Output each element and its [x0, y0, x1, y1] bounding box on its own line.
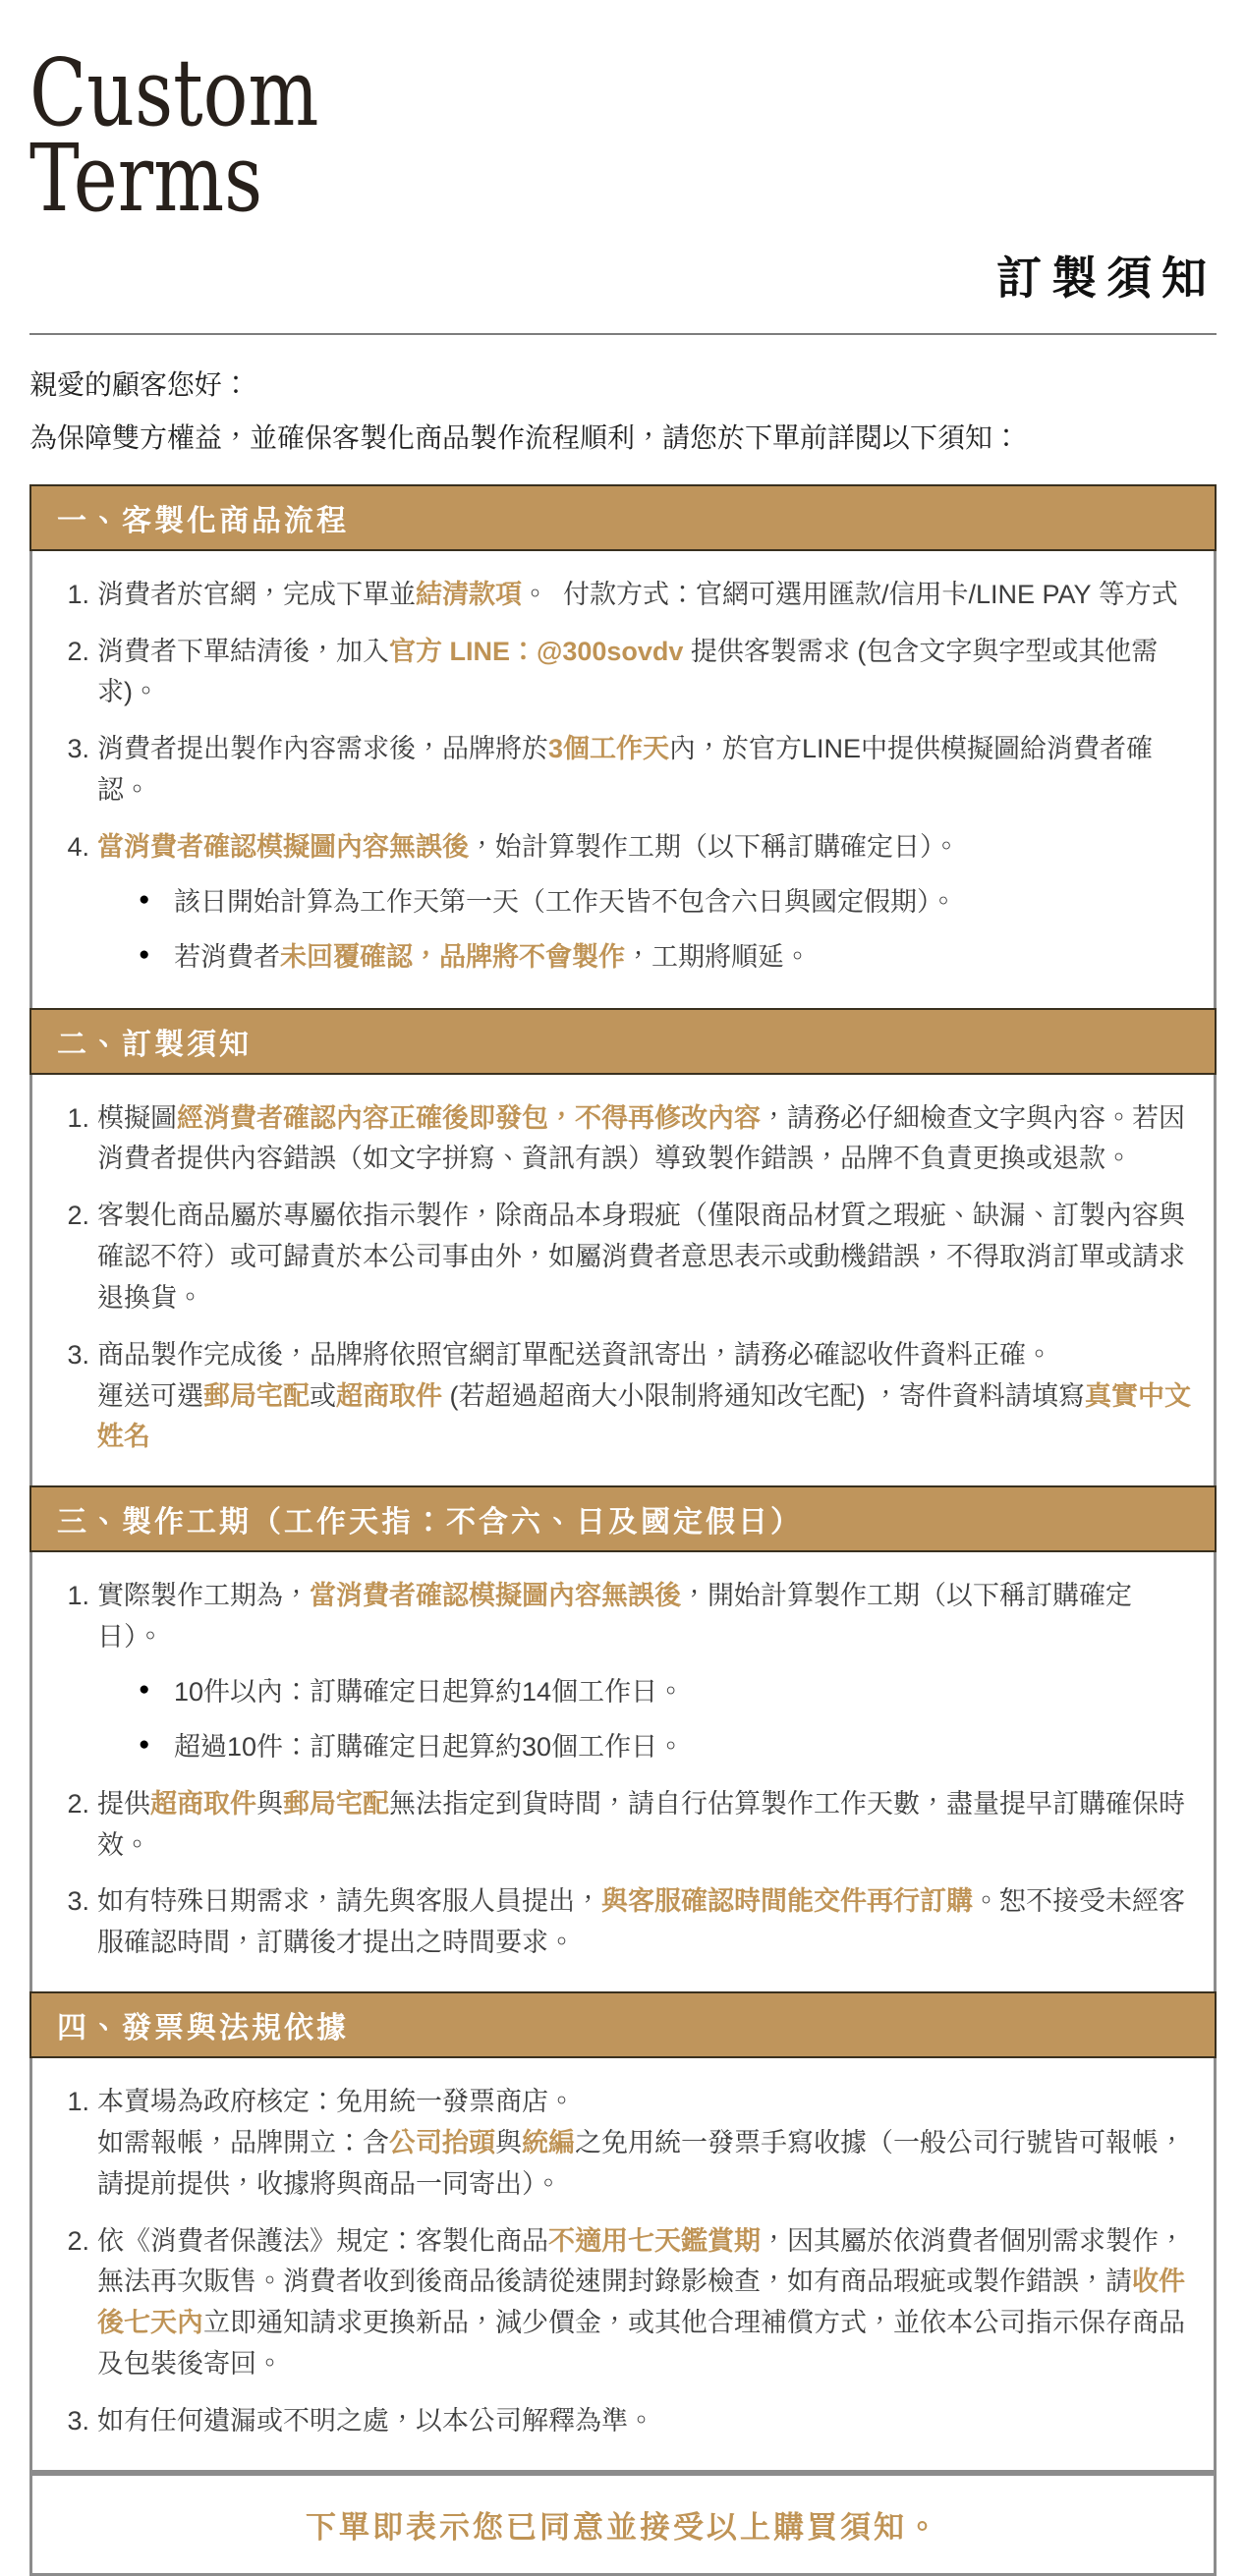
- text-segment: 實際製作工期為，: [97, 1581, 310, 1610]
- section: 二、訂製須知 模擬圖經消費者確認內容正確後即發包，不得再修改內容，請務必仔細檢查…: [29, 1008, 1217, 1486]
- section-list: 實際製作工期為，當消費者確認模擬圖內容無誤後，開始計算製作工期（以下稱訂購確定日…: [32, 1576, 1198, 1964]
- text-segment: (若超過超商大小限制將通知改宅配) ，寄件資料請填寫: [442, 1381, 1085, 1411]
- list-item: 本賣場為政府核定：免用統一發票商店。 如需報帳，品牌開立：含公司抬頭與統編之免用…: [32, 2082, 1198, 2206]
- section-body: 消費者於官網，完成下單並結清款項。 付款方式：官網可選用匯款/信用卡/LINE …: [29, 551, 1217, 1008]
- highlighted-text: 不適用七天鑑賞期: [548, 2226, 761, 2256]
- text-segment: 若消費者: [174, 942, 280, 972]
- agreement-banner: 下單即表示您已同意並接受以上購買須知。: [29, 2473, 1217, 2576]
- sections: 一、客製化商品流程 消費者於官網，完成下單並結清款項。 付款方式：官網可選用匯款…: [29, 484, 1217, 2473]
- section: 四、發票與法規依據 本賣場為政府核定：免用統一發票商店。 如需報帳，品牌開立：含…: [29, 1991, 1217, 2473]
- section-heading: 三、製作工期（工作天指：不含六、日及國定假日）: [29, 1485, 1217, 1552]
- text-segment: 如有特殊日期需求，請先與客服人員提出，: [97, 1886, 601, 1916]
- highlighted-text: 郵局宅配: [203, 1381, 310, 1411]
- bullet-item: 該日開始計算為工作天第一天（工作天皆不包含六日與國定假期）。: [139, 882, 1198, 924]
- bullet-item: 若消費者未回覆確認，品牌將不會製作，工期將順延。: [139, 937, 1198, 979]
- list-item: 提供超商取件與郵局宅配無法指定到貨時間，請自行估算製作工作天數，盡量提早訂購確保…: [32, 1784, 1198, 1867]
- list-item-text: 消費者於官網，完成下單並結清款項。 付款方式：官網可選用匯款/信用卡/LINE …: [97, 575, 1198, 616]
- highlighted-text: 官方 LINE：@300sovdv: [389, 637, 683, 666]
- list-item-text: 消費者下單結清後，加入官方 LINE：@300sovdv 提供客製需求 (包含文…: [97, 632, 1198, 714]
- highlighted-text: 未回覆確認，品牌將不會製作: [280, 942, 625, 972]
- section-list: 模擬圖經消費者確認內容正確後即發包，不得再修改內容，請務必仔細檢查文字與內容。若…: [32, 1098, 1198, 1459]
- section-heading: 二、訂製須知: [29, 1008, 1217, 1075]
- highlighted-text: 統編: [522, 2128, 575, 2157]
- list-item-text: 當消費者確認模擬圖內容無誤後，始計算製作工期（以下稱訂購確定日）。: [97, 827, 1198, 868]
- list-item: 消費者提出製作內容需求後，品牌將於3個工作天內，於官方LINE中提供模擬圖給消費…: [32, 729, 1198, 812]
- highlighted-text: 超商取件: [150, 1789, 256, 1819]
- text-segment: 客製化商品屬於專屬依指示製作，除商品本身瑕疵（僅限商品材質之瑕疵、缺漏、訂製內容…: [97, 1201, 1185, 1313]
- list-item-text: 如有任何遺漏或不明之處，以本公司解釋為準。: [97, 2401, 1198, 2442]
- highlighted-text: 公司抬頭: [389, 2128, 495, 2157]
- text-segment: 。 付款方式：官網可選用匯款/信用卡/LINE PAY 等方式: [522, 580, 1178, 609]
- page-header: Custom Terms 訂製須知: [29, 0, 1217, 335]
- text-segment: 消費者於官網，完成下單並: [97, 580, 416, 609]
- text-segment: ，工期將順延。: [625, 942, 811, 972]
- list-item: 如有特殊日期需求，請先與客服人員提出，與客服確認時間能交件再行訂購。恕不接受未經…: [32, 1881, 1198, 1964]
- text-segment: 依《消費者保護法》規定：客製化商品: [97, 2226, 548, 2256]
- list-item: 如有任何遺漏或不明之處，以本公司解釋為準。: [32, 2401, 1198, 2442]
- highlighted-text: 超商取件: [336, 1381, 442, 1411]
- section-list: 消費者於官網，完成下單並結清款項。 付款方式：官網可選用匯款/信用卡/LINE …: [32, 575, 1198, 979]
- list-item-text: 依《消費者保護法》規定：客製化商品不適用七天鑑賞期，因其屬於依消費者個別需求製作…: [97, 2221, 1198, 2385]
- text-segment: 如有任何遺漏或不明之處，以本公司解釋為準。: [97, 2406, 654, 2436]
- list-item: 商品製作完成後，品牌將依照官網訂單配送資訊寄出，請務必確認收件資料正確。 運送可…: [32, 1335, 1198, 1459]
- highlighted-text: 結清款項: [416, 580, 522, 609]
- text-segment: 與: [495, 2128, 522, 2157]
- list-item: 依《消費者保護法》規定：客製化商品不適用七天鑑賞期，因其屬於依消費者個別需求製作…: [32, 2221, 1198, 2385]
- list-item-text: 本賣場為政府核定：免用統一發票商店。 如需報帳，品牌開立：含公司抬頭與統編之免用…: [97, 2082, 1198, 2206]
- list-item: 當消費者確認模擬圖內容無誤後，始計算製作工期（以下稱訂購確定日）。該日開始計算為…: [32, 827, 1198, 979]
- text-segment: 模擬圖: [97, 1103, 177, 1133]
- text-segment: 消費者下單結清後，加入: [97, 637, 389, 666]
- highlighted-text: 郵局宅配: [283, 1789, 389, 1819]
- intro-message: 為保障雙方權益，並確保客製化商品製作流程順利，請您於下單前詳閱以下須知：: [29, 418, 1217, 459]
- logo-line-1: Custom: [29, 51, 979, 137]
- text-segment: 10件以內：訂購確定日起算約14個工作日。: [174, 1677, 684, 1707]
- bullet-item: 超過10件：訂購確定日起算約30個工作日。: [139, 1727, 1198, 1768]
- text-segment: 提供: [97, 1789, 150, 1819]
- page-title: 訂製須知: [29, 243, 1217, 308]
- sub-bullet-list: 該日開始計算為工作天第一天（工作天皆不包含六日與國定假期）。若消費者未回覆確認，…: [97, 882, 1198, 979]
- text-segment: 立即通知請求更換新品，減少價金，或其他合理補償方式，並依本公司指示保存商品及包裝…: [97, 2308, 1185, 2379]
- section-list: 本賣場為政府核定：免用統一發票商店。 如需報帳，品牌開立：含公司抬頭與統編之免用…: [32, 2082, 1198, 2442]
- brand-logo: Custom Terms: [29, 51, 979, 223]
- list-item: 實際製作工期為，當消費者確認模擬圖內容無誤後，開始計算製作工期（以下稱訂購確定日…: [32, 1576, 1198, 1767]
- text-segment: 與: [256, 1789, 283, 1819]
- list-item-text: 客製化商品屬於專屬依指示製作，除商品本身瑕疵（僅限商品材質之瑕疵、缺漏、訂製內容…: [97, 1196, 1198, 1319]
- list-item-text: 消費者提出製作內容需求後，品牌將於3個工作天內，於官方LINE中提供模擬圖給消費…: [97, 729, 1198, 812]
- text-segment: ，始計算製作工期（以下稱訂購確定日）。: [469, 832, 960, 862]
- intro: 親愛的顧客您好： 為保障雙方權益，並確保客製化商品製作流程順利，請您於下單前詳閱…: [29, 364, 1217, 459]
- highlighted-text: 當消費者確認模擬圖內容無誤後: [310, 1581, 681, 1610]
- list-item-text: 實際製作工期為，當消費者確認模擬圖內容無誤後，開始計算製作工期（以下稱訂購確定日…: [97, 1576, 1198, 1658]
- section-body: 實際製作工期為，當消費者確認模擬圖內容無誤後，開始計算製作工期（以下稱訂購確定日…: [29, 1552, 1217, 1991]
- highlighted-text: 3個工作天: [548, 734, 669, 763]
- section-heading: 一、客製化商品流程: [29, 484, 1217, 551]
- sub-bullet-list: 10件以內：訂購確定日起算約14個工作日。超過10件：訂購確定日起算約30個工作…: [97, 1672, 1198, 1768]
- logo-line-2: Terms: [29, 137, 979, 222]
- highlighted-text: 經消費者確認內容正確後即發包，不得再修改內容: [177, 1103, 761, 1133]
- list-item: 客製化商品屬於專屬依指示製作，除商品本身瑕疵（僅限商品材質之瑕疵、缺漏、訂製內容…: [32, 1196, 1198, 1319]
- section-body: 模擬圖經消費者確認內容正確後即發包，不得再修改內容，請務必仔細檢查文字與內容。若…: [29, 1075, 1217, 1486]
- text-segment: 該日開始計算為工作天第一天（工作天皆不包含六日與國定假期）。: [174, 887, 957, 917]
- section: 一、客製化商品流程 消費者於官網，完成下單並結清款項。 付款方式：官網可選用匯款…: [29, 484, 1217, 1008]
- bullet-item: 10件以內：訂購確定日起算約14個工作日。: [139, 1672, 1198, 1713]
- list-item-text: 提供超商取件與郵局宅配無法指定到貨時間，請自行估算製作工作天數，盡量提早訂購確保…: [97, 1784, 1198, 1867]
- list-item: 模擬圖經消費者確認內容正確後即發包，不得再修改內容，請務必仔細檢查文字與內容。若…: [32, 1098, 1198, 1181]
- list-item-text: 商品製作完成後，品牌將依照官網訂單配送資訊寄出，請務必確認收件資料正確。 運送可…: [97, 1335, 1198, 1459]
- highlighted-text: 當消費者確認模擬圖內容無誤後: [97, 832, 469, 862]
- section-body: 本賣場為政府核定：免用統一發票商店。 如需報帳，品牌開立：含公司抬頭與統編之免用…: [29, 2058, 1217, 2473]
- text-segment: 超過10件：訂購確定日起算約30個工作日。: [174, 1732, 684, 1762]
- list-item: 消費者下單結清後，加入官方 LINE：@300sovdv 提供客製需求 (包含文…: [32, 632, 1198, 714]
- greeting-text: 親愛的顧客您好：: [29, 364, 1217, 406]
- highlighted-text: 與客服確認時間能交件再行訂購: [601, 1886, 973, 1916]
- list-item-text: 模擬圖經消費者確認內容正確後即發包，不得再修改內容，請務必仔細檢查文字與內容。若…: [97, 1098, 1198, 1181]
- section: 三、製作工期（工作天指：不含六、日及國定假日） 實際製作工期為，當消費者確認模擬…: [29, 1485, 1217, 1991]
- text-segment: 或: [310, 1381, 336, 1411]
- list-item-text: 如有特殊日期需求，請先與客服人員提出，與客服確認時間能交件再行訂購。恕不接受未經…: [97, 1881, 1198, 1964]
- list-item: 消費者於官網，完成下單並結清款項。 付款方式：官網可選用匯款/信用卡/LINE …: [32, 575, 1198, 616]
- text-segment: 消費者提出製作內容需求後，品牌將於: [97, 734, 548, 763]
- custom-terms-page: Custom Terms 訂製須知 親愛的顧客您好： 為保障雙方權益，並確保客製…: [0, 0, 1246, 2576]
- section-heading: 四、發票與法規依據: [29, 1991, 1217, 2058]
